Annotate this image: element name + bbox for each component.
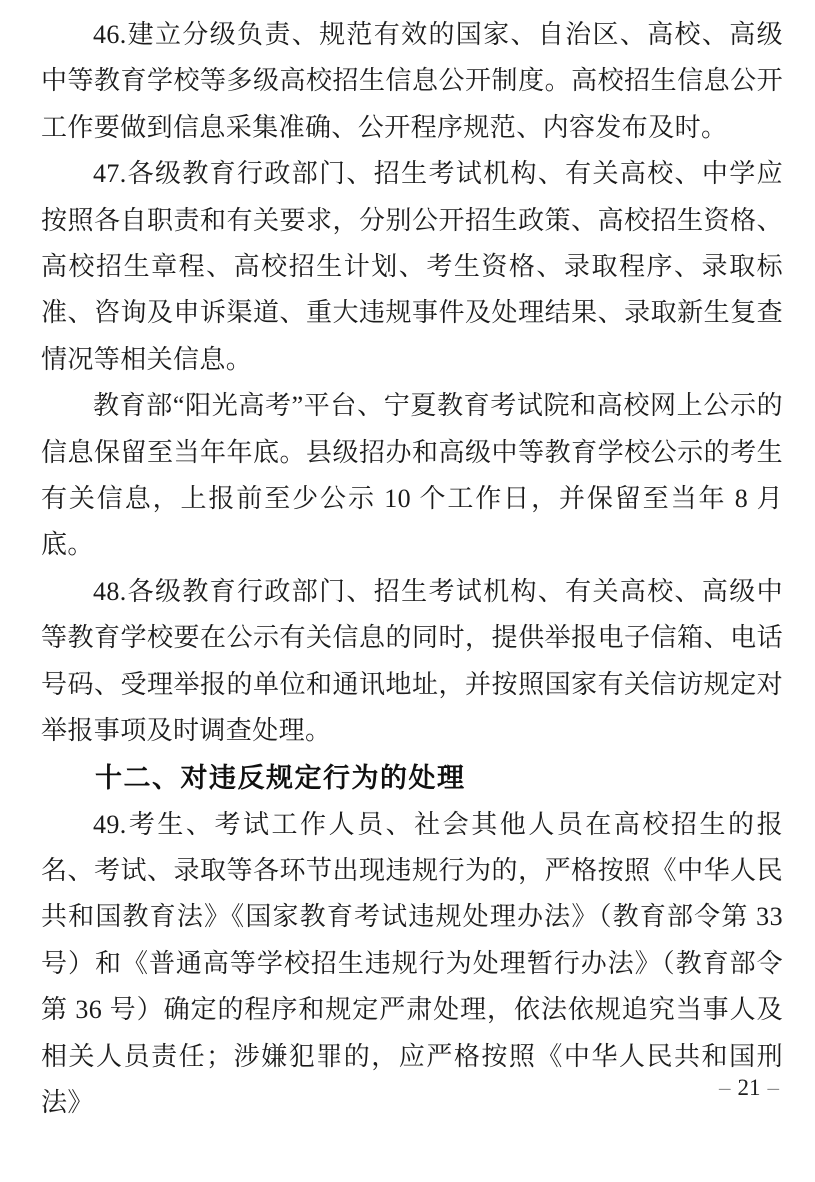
paragraph-item-48: 48.各级教育行政部门、招生考试机构、有关高校、高级中等教育学校要在公示有关信息… (41, 569, 783, 755)
page-number-dash-left: – (719, 1075, 731, 1100)
page-number-dash-right: – (768, 1075, 780, 1100)
paragraph-item-46: 46.建立分级负责、规范有效的国家、自治区、高校、高级中等教育学校等多级高校招生… (41, 12, 783, 151)
document-page: 46.建立分级负责、规范有效的国家、自治区、高校、高级中等教育学校等多级高校招生… (0, 0, 815, 1182)
paragraph-sunshine-gaokao: 教育部“阳光高考”平台、宁夏教育考试院和高校网上公示的信息保留至当年年底。县级招… (41, 383, 783, 569)
page-footer: –21– (719, 1073, 779, 1103)
section-heading-12: 十二、对违反规定行为的处理 (41, 755, 783, 802)
paragraph-item-47: 47.各级教育行政部门、招生考试机构、有关高校、中学应按照各自职责和有关要求，分… (41, 151, 783, 383)
paragraph-item-49: 49.考生、考试工作人员、社会其他人员在高校招生的报名、考试、录取等各环节出现违… (41, 802, 783, 1127)
page-number: 21 (738, 1075, 761, 1100)
